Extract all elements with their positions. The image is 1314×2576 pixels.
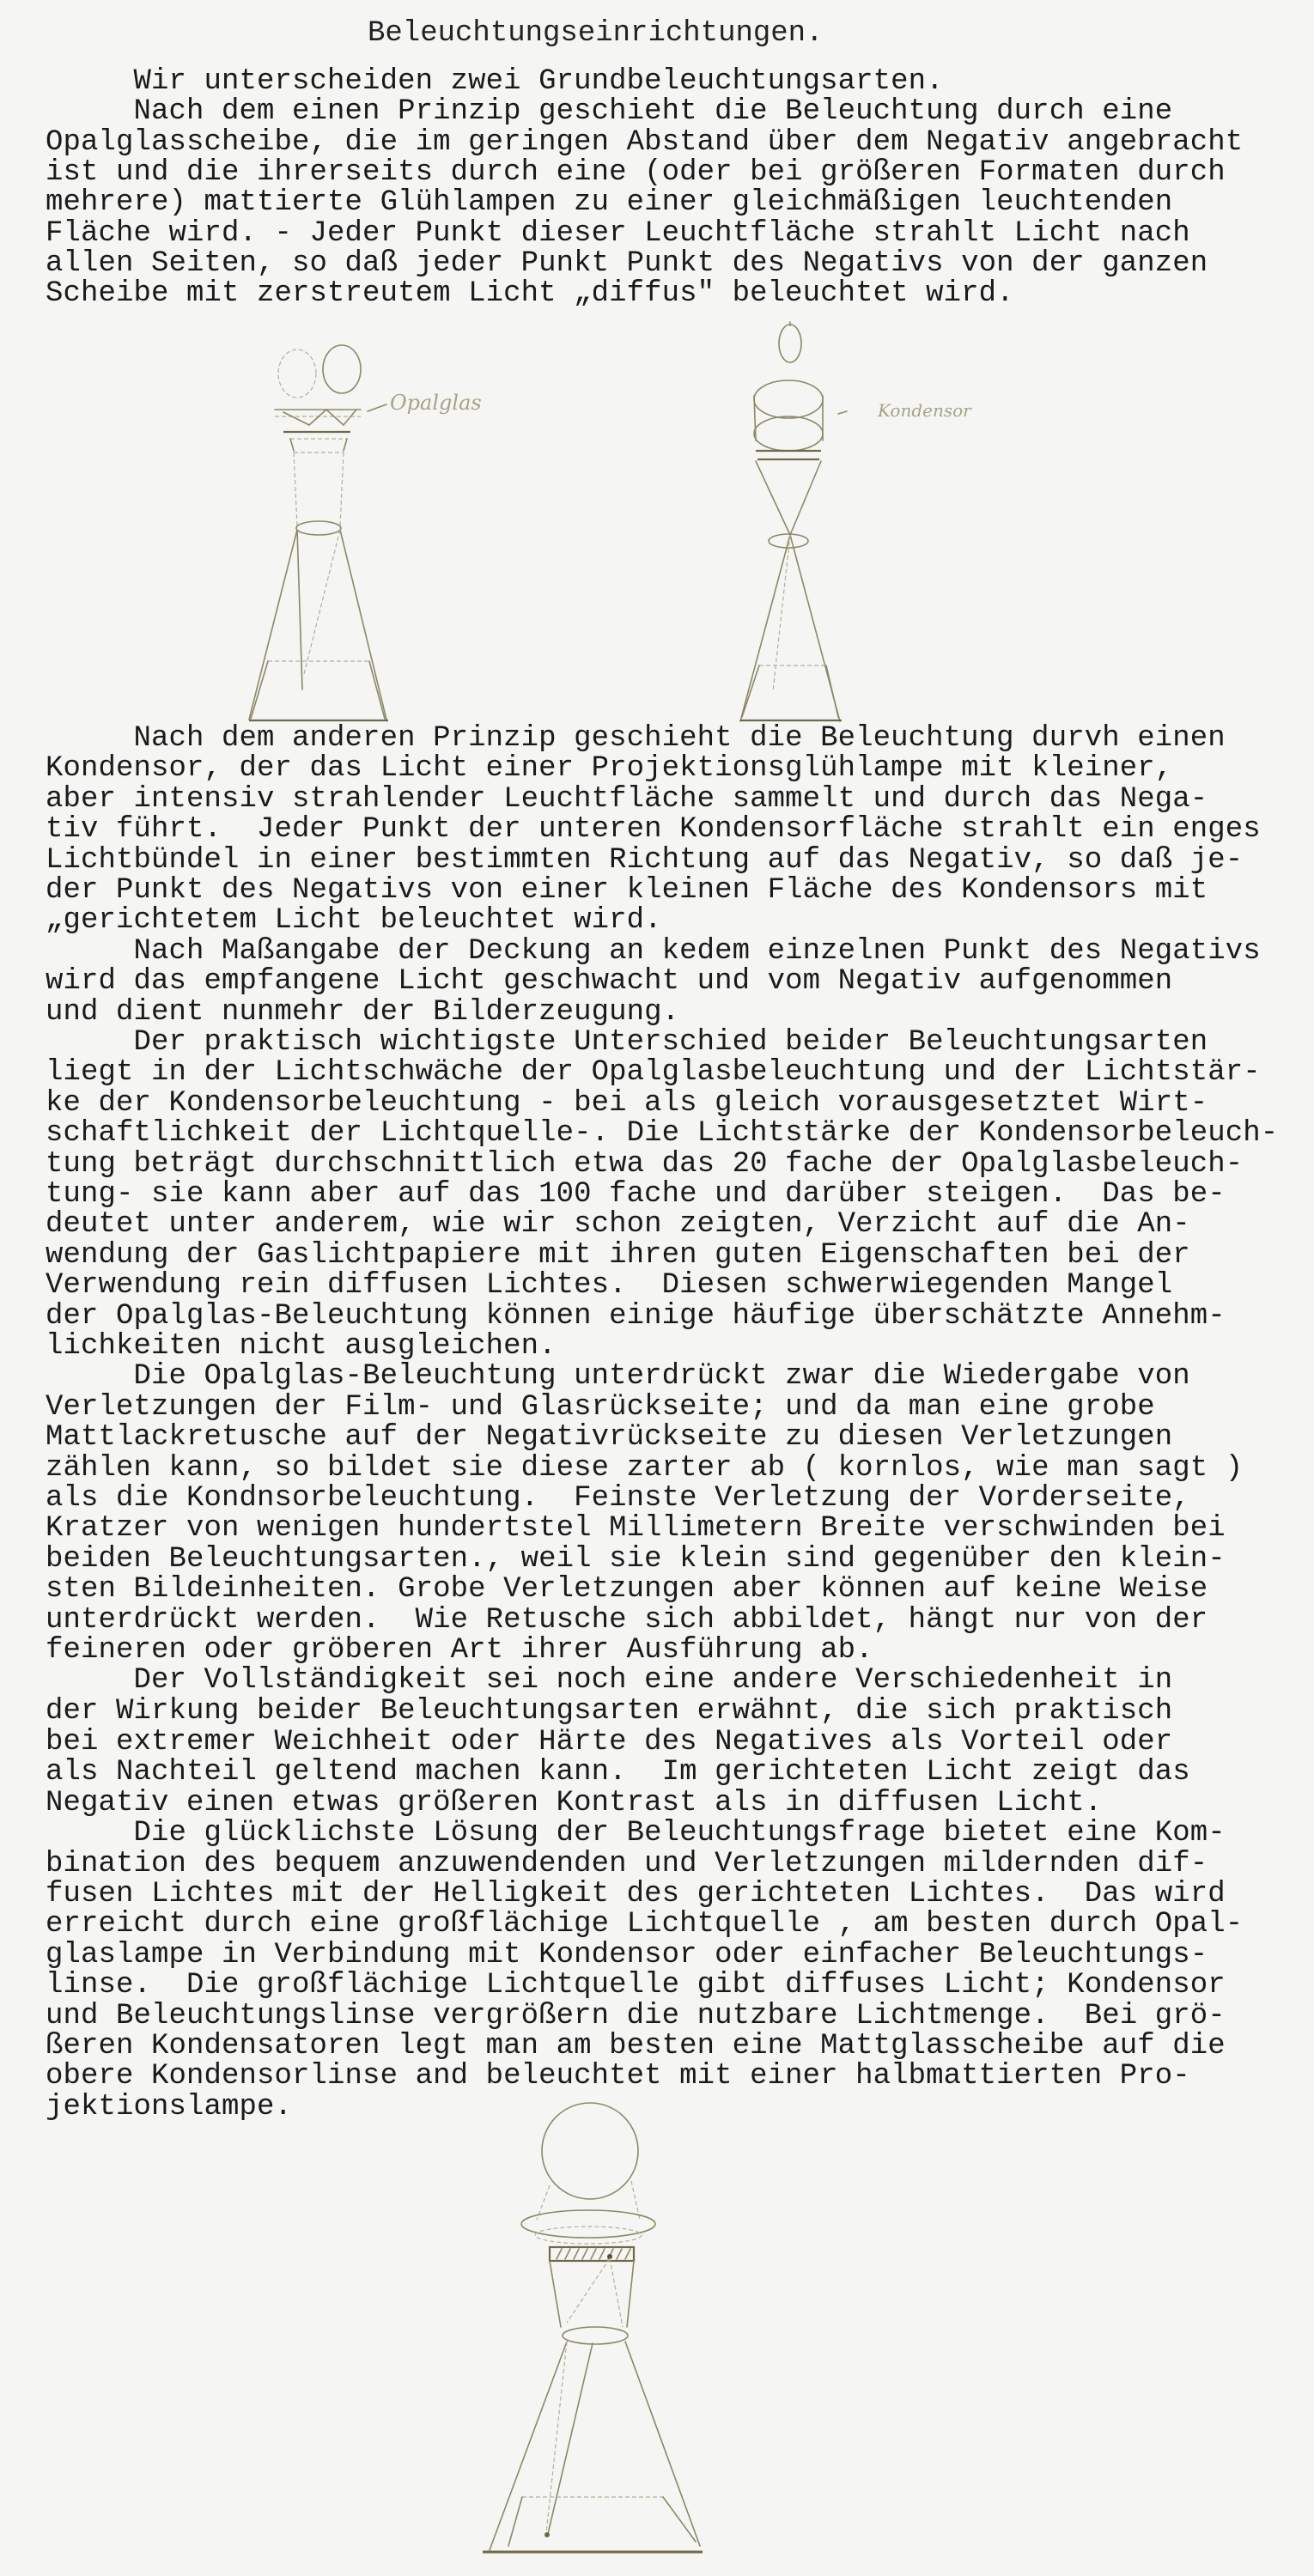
- text-line: Der praktisch wichtigste Unterschied bei…: [46, 1028, 1208, 1058]
- text-line: aber intensiv strahlender Leuchtfläche s…: [46, 785, 1208, 815]
- text-line: lichkeiten nicht ausgleichen.: [46, 1332, 557, 1362]
- text-line: Opalglasscheibe, die im geringen Abstand…: [46, 128, 1243, 158]
- text-line: Kratzer von wenigen hundertstel Millimet…: [46, 1514, 1226, 1544]
- text-line: Kondensor, der das Licht einer Projektio…: [46, 754, 1172, 784]
- text-line: schaftlichkeit der Lichtquelle-. Die Lic…: [46, 1119, 1278, 1149]
- text-line: ist und die ihrerseits durch eine (oder …: [46, 158, 1226, 188]
- sketch-opalglas-illumination: Opalglas: [240, 331, 515, 726]
- text-line: liegt in der Lichtschwäche der Opalglasb…: [46, 1058, 1261, 1088]
- text-line: allen Seiten, so daß jeder Punkt Punkt d…: [46, 249, 1208, 279]
- text-line: als Nachteil geltend machen kann. Im ger…: [46, 1758, 1190, 1788]
- text-line: sten Bildeinheiten. Grobe Verletzungen a…: [46, 1575, 1208, 1605]
- text-line: tung beträgt durchschnittlich etwa das 2…: [46, 1150, 1243, 1180]
- text-line: und dient nunmehr der Bilderzeugung.: [46, 998, 679, 1028]
- text-line: tiv führt. Jeder Punkt der unteren Konde…: [46, 815, 1261, 845]
- text-line: zählen kann, so bildet sie diese zarter …: [46, 1454, 1243, 1484]
- text-line: Nach dem einen Prinzip geschieht die Bel…: [46, 97, 1172, 127]
- text-line: linse. Die großflächige Lichtquelle gibt…: [46, 1971, 1226, 2001]
- text-line: der Opalglas-Beleuchtung können einige h…: [46, 1302, 1226, 1332]
- text-line: glaslampe in Verbindung mit Kondensor od…: [46, 1941, 1208, 1971]
- text-line: Fläche wird. - Jeder Punkt dieser Leucht…: [46, 219, 1190, 249]
- text-line: Mattlackretusche auf der Negativrückseit…: [46, 1423, 1172, 1453]
- text-line: obere Kondensorlinse and beleuchtet mit …: [46, 2062, 1190, 2092]
- text-line: fusen Lichtes mit der Helligkeit des ger…: [46, 1880, 1226, 1910]
- text-line: feineren oder gröberen Art ihrer Ausführ…: [46, 1636, 873, 1666]
- text-line: wird das empfangene Licht geschwacht und…: [46, 967, 1172, 997]
- text-line: Scheibe mit zerstreutem Licht „diffus" b…: [46, 279, 1014, 309]
- document-page: Beleuchtungseinrichtungen. Wir untersche…: [0, 0, 1314, 2576]
- text-line: tung- sie kann aber auf das 100 fache un…: [46, 1180, 1226, 1210]
- text-line: ke der Kondensorbeleuchtung - bei als gl…: [46, 1089, 1208, 1119]
- text-line: deutet unter anderem, wie wir schon zeig…: [46, 1210, 1190, 1240]
- text-line: und Beleuchtungslinse vergrößern die nut…: [46, 2002, 1226, 2032]
- text-line: der Punkt des Negativs von einer kleinen…: [46, 876, 1208, 906]
- text-line: Nach Maßangabe der Deckung an kedem einz…: [46, 937, 1261, 967]
- text-line: beiden Beleuchtungsarten., weil sie klei…: [46, 1545, 1226, 1575]
- text-line: „gerichtetem Licht beleuchtet wird.: [46, 906, 662, 936]
- text-line: Die glücklichste Lösung der Beleuchtungs…: [46, 1819, 1226, 1849]
- text-line: Negativ einen etwas größeren Kontrast al…: [46, 1789, 1102, 1819]
- text-line: unterdrückt werden. Wie Retusche sich ab…: [46, 1606, 1208, 1636]
- text-line: wendung der Gaslichtpapiere mit ihren gu…: [46, 1241, 1190, 1271]
- text-line: erreicht durch eine großflächige Lichtqu…: [46, 1910, 1243, 1940]
- document-title: Beleuchtungseinrichtungen.: [368, 19, 824, 49]
- text-line: bination des bequem anzuwendenden und Ve…: [46, 1850, 1208, 1880]
- sketch-combined-illumination: [464, 2099, 721, 2563]
- text-line: Lichtbündel in einer bestimmten Richtung…: [46, 846, 1243, 876]
- text-line: Die Opalglas-Beleuchtung unterdrückt zwa…: [46, 1362, 1190, 1392]
- sketch-condenser-illumination: Kondensor: [687, 313, 996, 726]
- text-line: Wir unterscheiden zwei Grundbeleuchtungs…: [46, 67, 944, 97]
- text-line: Verwendung rein diffusen Lichtes. Diesen…: [46, 1271, 1172, 1301]
- text-line: Verletzungen der Film- und Glasrückseite…: [46, 1393, 1155, 1423]
- text-line: jektionslampe.: [46, 2093, 292, 2123]
- text-line: als die Kondnsorbeleuchtung. Feinste Ver…: [46, 1484, 1190, 1514]
- svg-text:Kondensor: Kondensor: [877, 400, 972, 421]
- text-line: mehrere) mattierte Glühlampen zu einer g…: [46, 188, 1172, 218]
- text-line: ßeren Kondensatoren legt man am besten e…: [46, 2032, 1226, 2062]
- text-line: Der Vollständigkeit sei noch eine andere…: [46, 1666, 1172, 1696]
- text-line: bei extremer Weichheit oder Härte des Ne…: [46, 1728, 1172, 1758]
- svg-text:Opalglas: Opalglas: [390, 391, 482, 415]
- text-line: der Wirkung beider Beleuchtungsarten erw…: [46, 1697, 1172, 1727]
- text-line: Nach dem anderen Prinzip geschieht die B…: [46, 724, 1226, 754]
